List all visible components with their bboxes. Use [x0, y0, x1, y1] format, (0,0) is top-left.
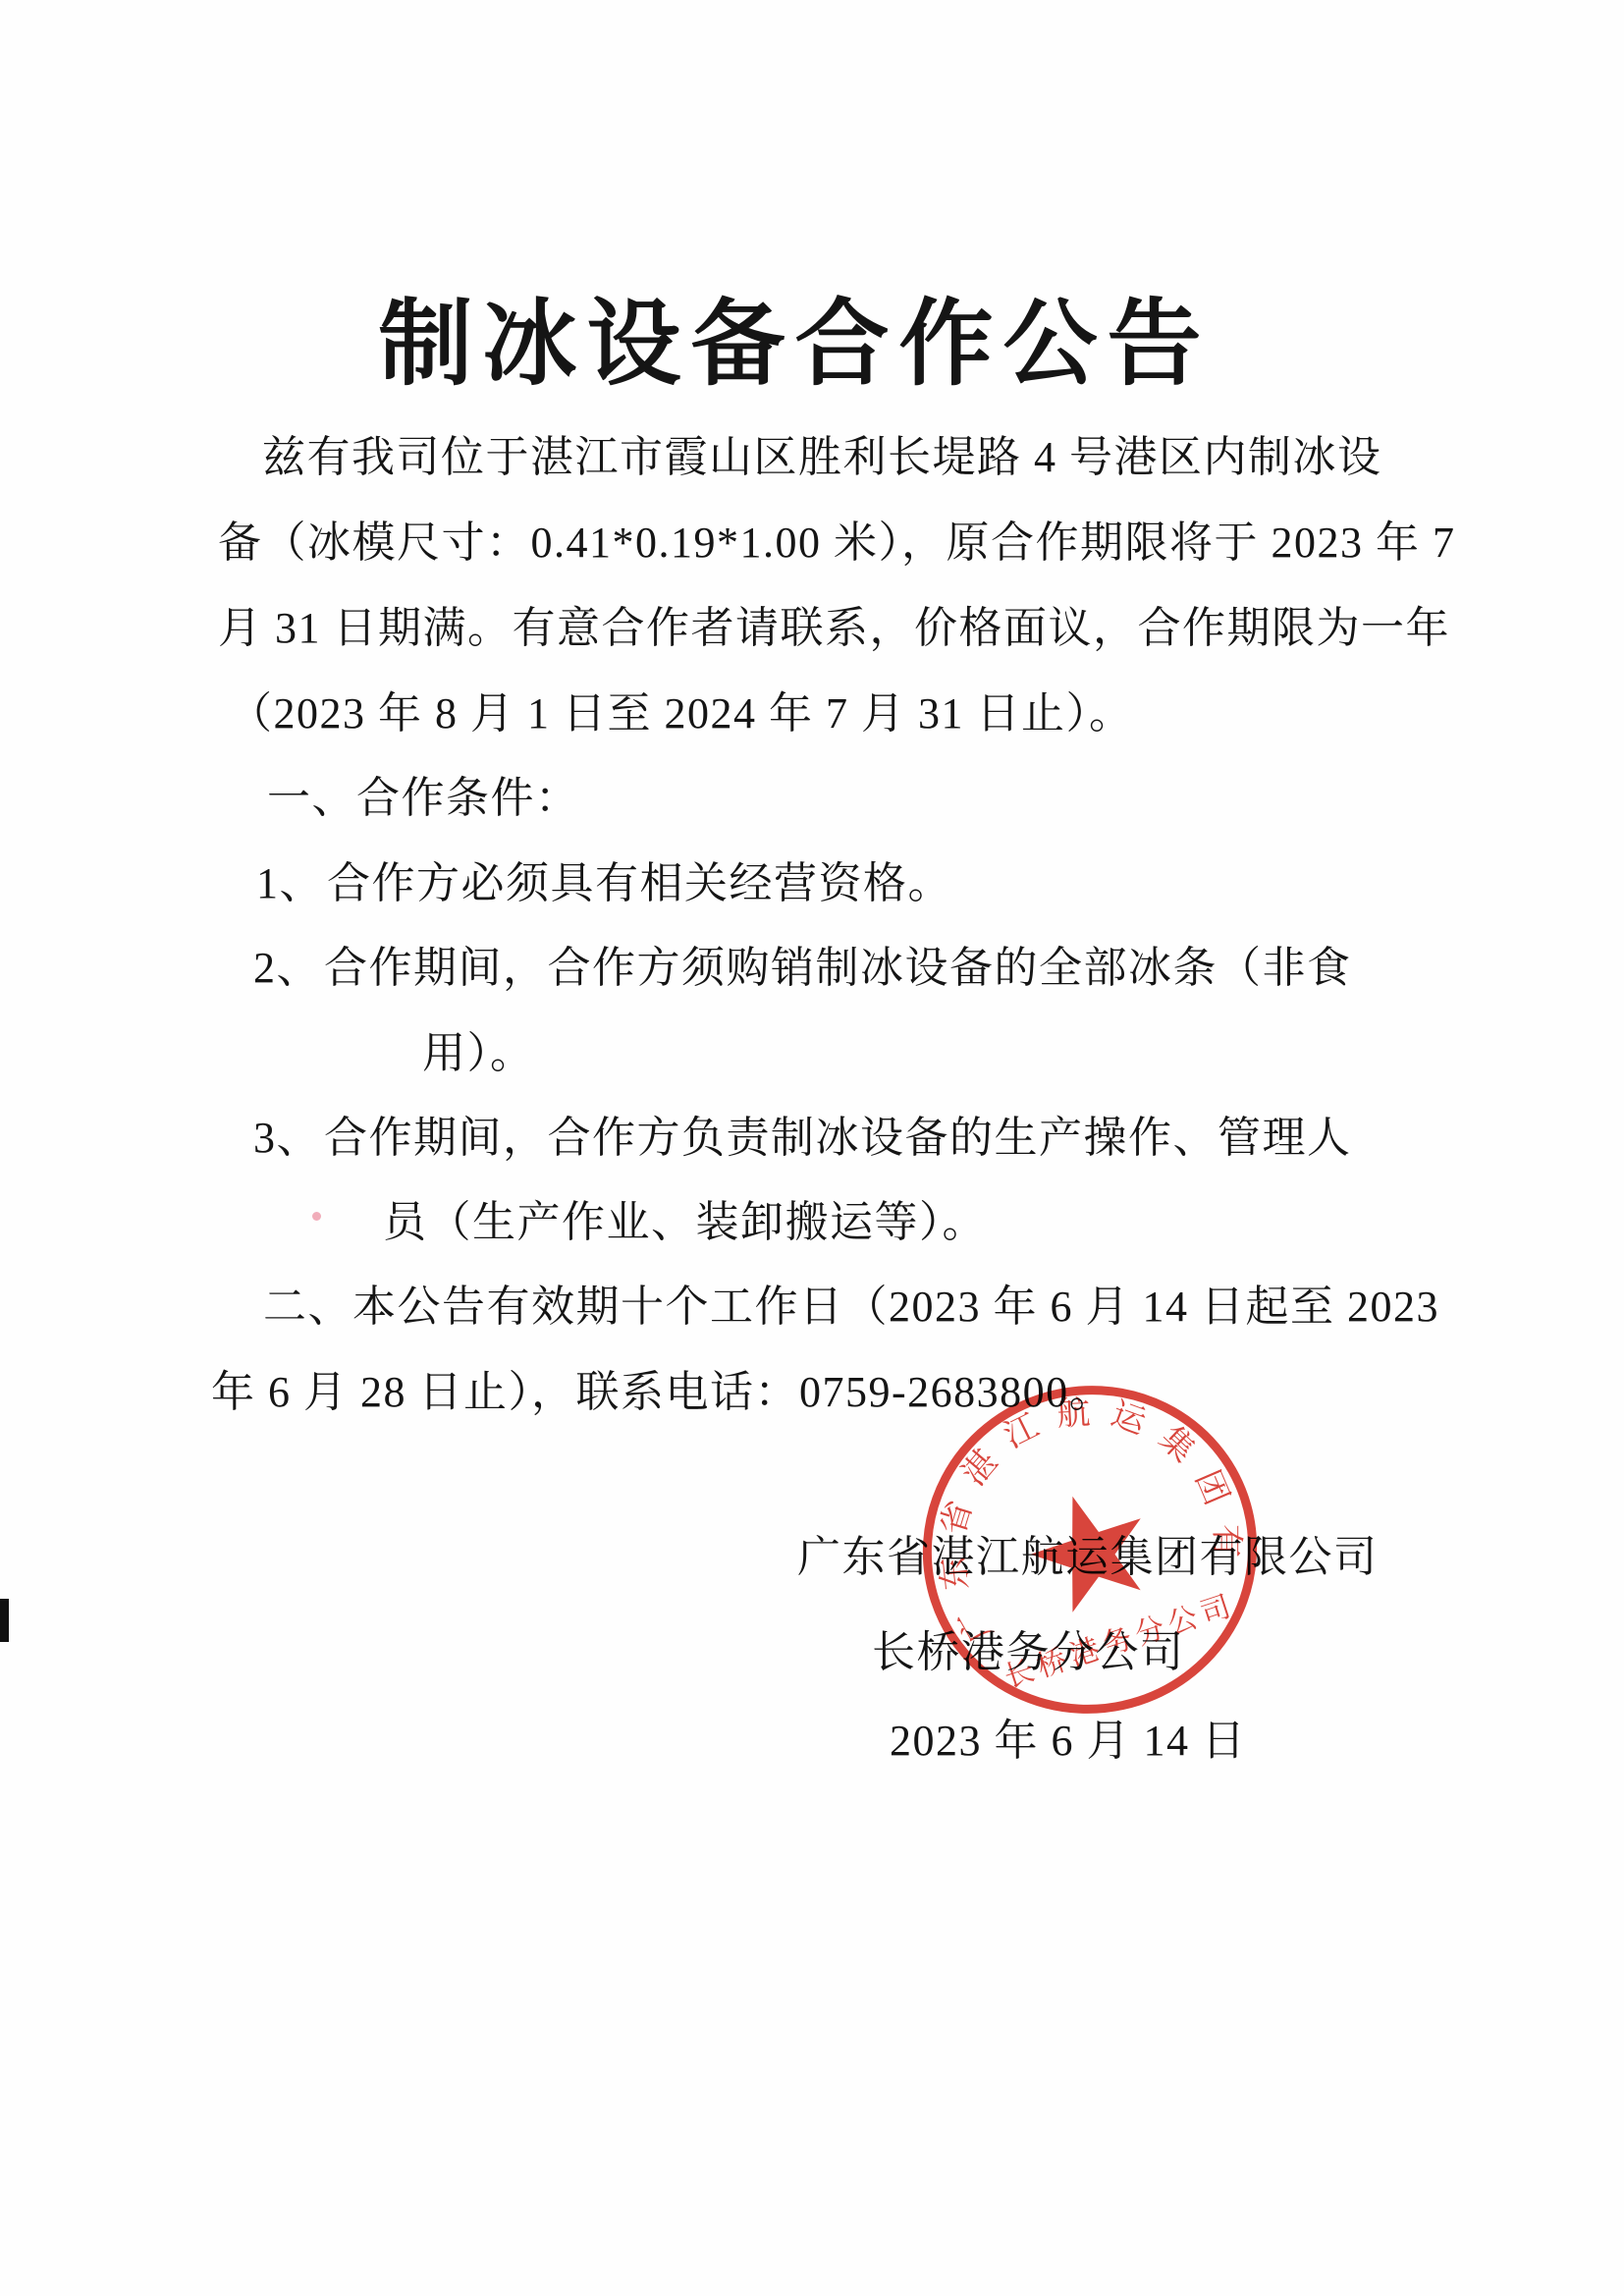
list-item-2-text: 合作期间，合作方须购销制冰设备的全部冰条（非食	[324, 944, 1352, 992]
list-item-2-number: 2、	[253, 946, 324, 991]
list-item-1-text: 合作方必须具有相关经营资格。	[327, 859, 952, 907]
list-item-1: 1、合作方必须具有相关经营资格。	[256, 861, 952, 906]
list-item-3: 3、合作期间，合作方负责制冰设备的生产操作、管理人	[253, 1116, 1352, 1161]
list-item-2-continued: 用）。	[422, 1031, 535, 1076]
list-item-1-number: 1、	[256, 861, 327, 906]
seal-bottom-text: 长桥港务分公司	[1001, 1589, 1239, 1694]
document-title: 制冰设备合作公告	[218, 269, 1372, 404]
section2-line1: 二、本公告有效期十个工作日（2023 年 6 月 14 日起至 2023	[263, 1285, 1439, 1330]
paragraph1-line3: 月 31 日期满。有意合作者请联系，价格面议，合作期限为一年	[218, 606, 1450, 651]
list-item-3-number: 3、	[253, 1116, 324, 1161]
list-item-3-continued: 员（生产作业、装卸搬运等）。	[383, 1200, 987, 1245]
paragraph1-line4: （2023 年 8 月 1 日至 2024 年 7 月 31 日止）。	[229, 691, 1134, 737]
paragraph1-line2: 备（冰模尺寸：0.41*0.19*1.00 米），原合作期限将于 2023 年 …	[218, 520, 1456, 566]
scan-edge-artifact	[0, 1599, 9, 1642]
seal-star-icon	[1017, 1479, 1162, 1619]
section1-heading: 一、合作条件：	[267, 776, 580, 821]
paragraph1-line1: 兹有我司位于湛江市霞山区胜利长堤路 4 号港区内制冰设	[262, 435, 1382, 480]
document-page: 制冰设备合作公告 兹有我司位于湛江市霞山区胜利长堤路 4 号港区内制冰设 备（冰…	[0, 0, 1624, 2296]
list-item-3-text: 合作期间，合作方负责制冰设备的生产操作、管理人	[324, 1114, 1352, 1162]
company-seal: 广东省湛江航运集团有限公司 长桥港务分公司	[908, 1373, 1281, 1738]
list-item-2: 2、合作期间，合作方须购销制冰设备的全部冰条（非食	[253, 946, 1352, 991]
scan-pink-spot-artifact	[312, 1212, 321, 1221]
